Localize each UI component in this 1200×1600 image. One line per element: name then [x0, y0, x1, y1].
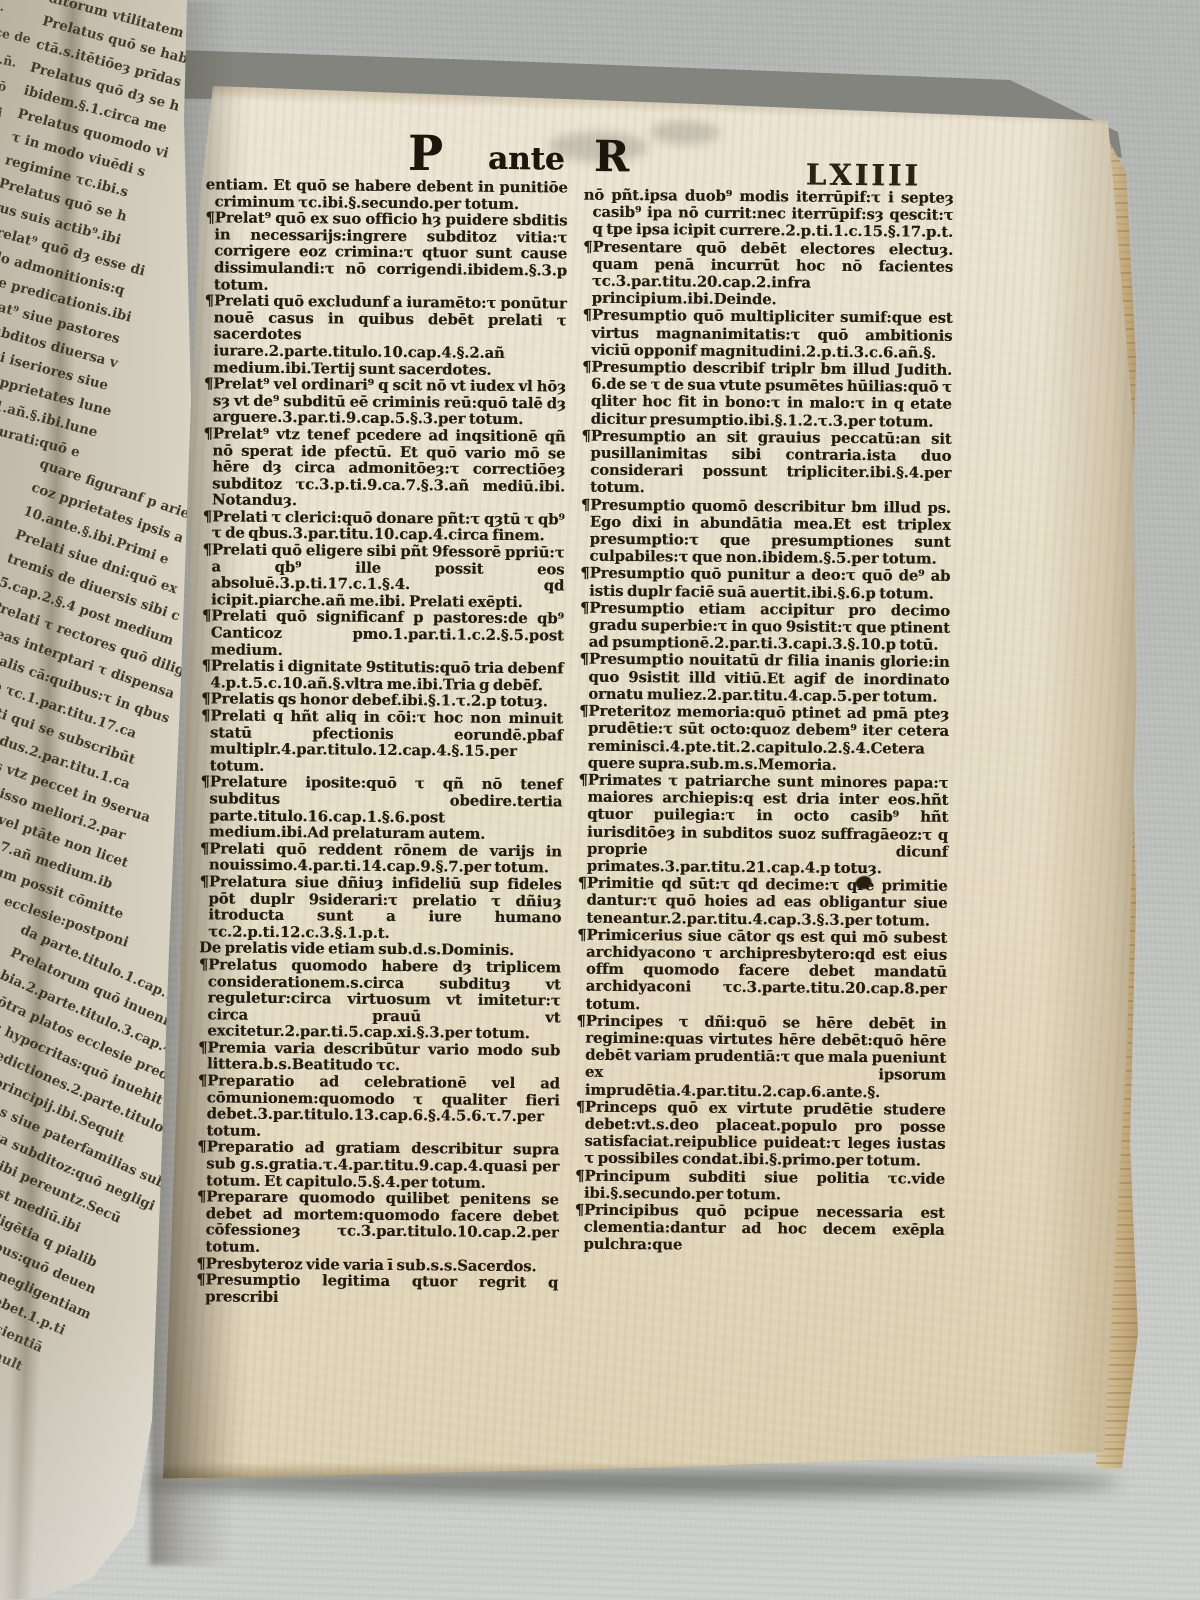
index-entry: ¶Principibus quō pcipue necessaria est c… [574, 1202, 944, 1257]
index-entry: ¶Prelati quō excludunf a iuramēto:τ ponū… [204, 293, 567, 379]
index-entry: ¶Presumptio quō punitur a deo:τ quō de⁹ … [580, 565, 950, 603]
index-entry: ¶Preparatio ad celebrationē vel ad cōmun… [197, 1073, 560, 1143]
index-entry: ¶Preteritoz memoria:quō ptinet ad pmā pt… [579, 703, 950, 775]
text-column-right: nō pñt.ipsa duob⁹ modis iterrūpif:τ i se… [574, 187, 953, 1257]
index-entry: ¶Prelati quō reddent rōnem de varijs in … [200, 841, 562, 877]
photo: P ante R LXIIII entiam. Et quō se habere… [0, 0, 1200, 1600]
folio-number: LXIIII [806, 158, 921, 193]
index-entry: ¶Prelatis i dignitate 9stitutis:quō tria… [201, 659, 563, 695]
running-header-letter-p: P [408, 125, 443, 182]
index-entry: ¶Prelatus quomodo habere dȝ triplicem co… [198, 957, 561, 1043]
index-entry: ¶Prelati quō eligere sibi pñt 9fessorē p… [202, 542, 565, 612]
index-entry: ¶Presentare quō debēt electores electuȝ.… [583, 238, 954, 310]
index-entry: ¶Primicerius siue cātor qs est qui mō su… [576, 926, 947, 1015]
index-entry: ¶Princeps quō ex virtute prudētie studer… [575, 1098, 946, 1170]
ink-smudge [650, 120, 720, 145]
index-entry: ¶Prelati τ clerici:quō donare pñt:τ qȝtū… [203, 509, 565, 545]
index-entry: ¶Premia varia describūtur vario modo sub… [198, 1040, 560, 1076]
index-entry: ¶Prelati q hñt aliq in cōi:τ hoc non min… [201, 708, 564, 778]
running-header-letter-r: R [594, 131, 629, 181]
running-header-word-ante: ante [488, 141, 565, 178]
index-entry: ¶Presumptio nouitatū dr filia inanis glo… [579, 651, 949, 706]
index-entry: ¶Primates τ patriarche sunt minores papa… [578, 771, 949, 877]
index-entry: ¶Principes τ dñi:quō se hēre debēt in re… [576, 1012, 947, 1101]
index-entry: ¶Presumptio an sit grauius peccatū:an si… [581, 427, 952, 499]
index-entry: ¶Prelat⁹ quō ex suo officio hȝ puidere s… [205, 210, 568, 296]
index-entry: entiam. Et quō se habere debent in punit… [205, 177, 567, 213]
index-entry: ¶Prelat⁹ vtz tenef pcedere ad inqsitionē… [203, 426, 566, 512]
index-entry: ¶Presumptio quō multipliciter sumif:que … [582, 307, 952, 362]
index-entry: ¶Presumptio quomō describitur bm illud p… [580, 496, 951, 568]
text-column-left: entiam. Et quō se habere debent in punit… [196, 177, 568, 1308]
index-entry: ¶Presumptio etiam accipitur pro decimo g… [580, 599, 950, 654]
index-entry: nō pñt.ipsa duob⁹ modis iterrūpif:τ i se… [583, 187, 953, 242]
index-entry: ¶Prelati quō significanf p pastores:de q… [202, 609, 564, 662]
index-entry: ¶Prelat⁹ vel ordinari⁹ q scit nō vt iude… [204, 376, 566, 429]
index-entry: ¶Presumptio describif triplr bm illud Ju… [582, 359, 953, 431]
index-entry: ¶Primitie qd sūt:τ qd decime:τ qre primi… [577, 875, 947, 930]
index-entry: ¶Prelature iposite:quō τ qñ nō tenef sub… [200, 775, 563, 845]
index-entry: ¶Prelatura siue dñiuȝ infideliū sup fide… [199, 874, 562, 944]
index-entry: ¶Preparatio ad gratiam describitur supra… [197, 1140, 559, 1193]
index-entry: ¶Principum subditi siue politia τc.vide … [575, 1167, 945, 1205]
index-entry: ¶Presumptio legitima qtuor regrit q pres… [196, 1272, 558, 1308]
index-entry: ¶Preparare quomodo quilibet penitens se … [196, 1189, 559, 1259]
